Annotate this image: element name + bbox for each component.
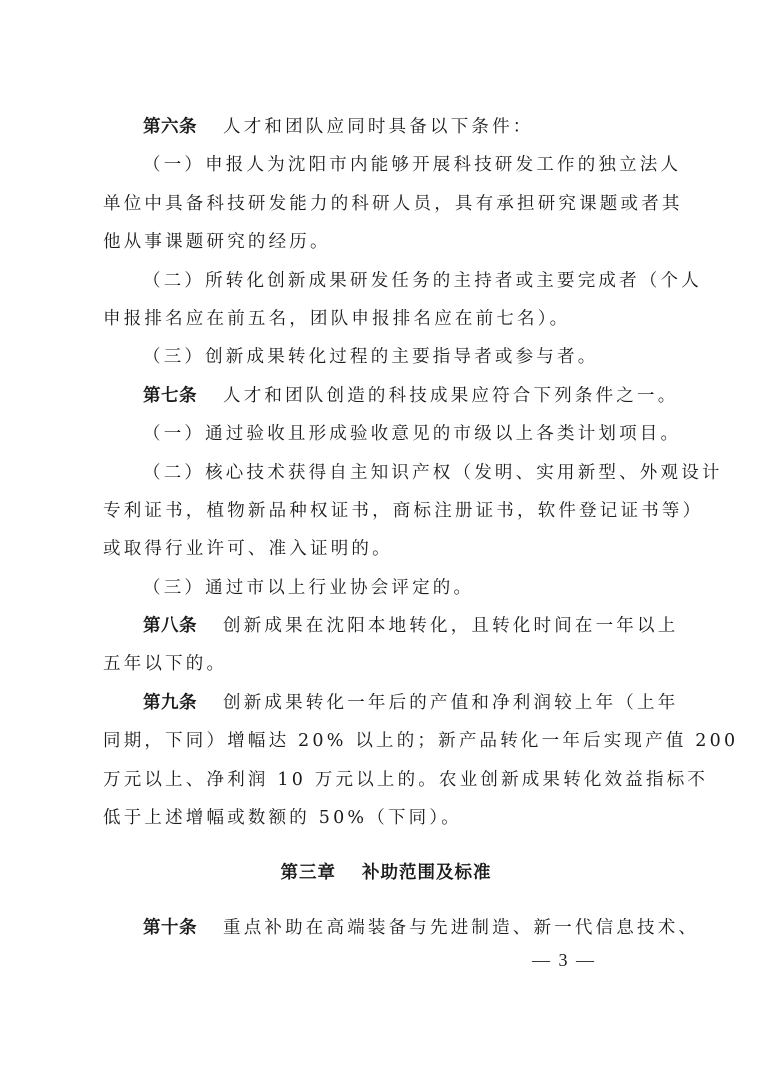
article-label: 第七条 xyxy=(143,386,197,406)
chapter-number: 第三章 xyxy=(281,863,337,883)
paragraph-line: （二）核心技术获得自主知识产权（发明、实用新型、外观设计 xyxy=(103,454,669,492)
paragraph-line: 或取得行业许可、准入证明的。 xyxy=(103,530,669,568)
article-9-heading: 第九条创新成果转化一年后的产值和净利润较上年（上年 xyxy=(103,684,669,722)
article-7-heading: 第七条人才和团队创造的科技成果应符合下列条件之一。 xyxy=(103,377,669,415)
chapter-heading: 第三章补助范围及标准 xyxy=(103,845,669,901)
article-10-heading: 第十条重点补助在高端装备与先进制造、新一代信息技术、 xyxy=(103,909,669,947)
paragraph-line: 同期，下同）增幅达 20% 以上的；新产品转化一年后实现产值 200 xyxy=(103,722,669,760)
paragraph-line: （一）通过验收且形成验收意见的市级以上各类计划项目。 xyxy=(103,415,669,453)
article-8-heading: 第八条创新成果在沈阳本地转化，且转化时间在一年以上 xyxy=(103,607,669,645)
chapter-title: 补助范围及标准 xyxy=(362,863,492,883)
paragraph-line: （二）所转化创新成果研发任务的主持者或主要完成者（个人 xyxy=(103,262,669,300)
article-label: 第九条 xyxy=(143,693,197,713)
document-page: 第六条人才和团队应同时具备以下条件： （一）申报人为沈阳市内能够开展科技研发工作… xyxy=(103,108,669,948)
paragraph-line: 低于上述增幅或数额的 50%（下同）。 xyxy=(103,799,669,837)
paragraph-line: 专利证书，植物新品种权证书，商标注册证书，软件登记证书等） xyxy=(103,492,669,530)
article-label: 第十条 xyxy=(143,918,197,938)
article-text: 创新成果在沈阳本地转化，且转化时间在一年以上 xyxy=(223,616,678,636)
paragraph-line: 单位中具备科技研发能力的科研人员，具有承担研究课题或者其 xyxy=(103,185,669,223)
page-number: — 3 — xyxy=(532,950,596,971)
paragraph-line: 万元以上、净利润 10 万元以上的。农业创新成果转化效益指标不 xyxy=(103,761,669,799)
article-text: 人才和团队应同时具备以下条件： xyxy=(223,117,534,137)
article-text: 重点补助在高端装备与先进制造、新一代信息技术、 xyxy=(223,918,699,938)
paragraph-line: 他从事课题研究的经历。 xyxy=(103,223,669,261)
article-label: 第八条 xyxy=(143,616,197,636)
article-text: 人才和团队创造的科技成果应符合下列条件之一。 xyxy=(223,386,678,406)
paragraph-line: （三）创新成果转化过程的主要指导者或参与者。 xyxy=(103,338,669,376)
paragraph-line: （一）申报人为沈阳市内能够开展科技研发工作的独立法人 xyxy=(103,146,669,184)
paragraph-line: （三）通过市以上行业协会评定的。 xyxy=(103,569,669,607)
article-6-heading: 第六条人才和团队应同时具备以下条件： xyxy=(103,108,669,146)
paragraph-line: 申报排名应在前五名，团队申报排名应在前七名）。 xyxy=(103,300,669,338)
paragraph-line: 五年以下的。 xyxy=(103,645,669,683)
article-label: 第六条 xyxy=(143,117,197,137)
article-text: 创新成果转化一年后的产值和净利润较上年（上年 xyxy=(223,693,678,713)
